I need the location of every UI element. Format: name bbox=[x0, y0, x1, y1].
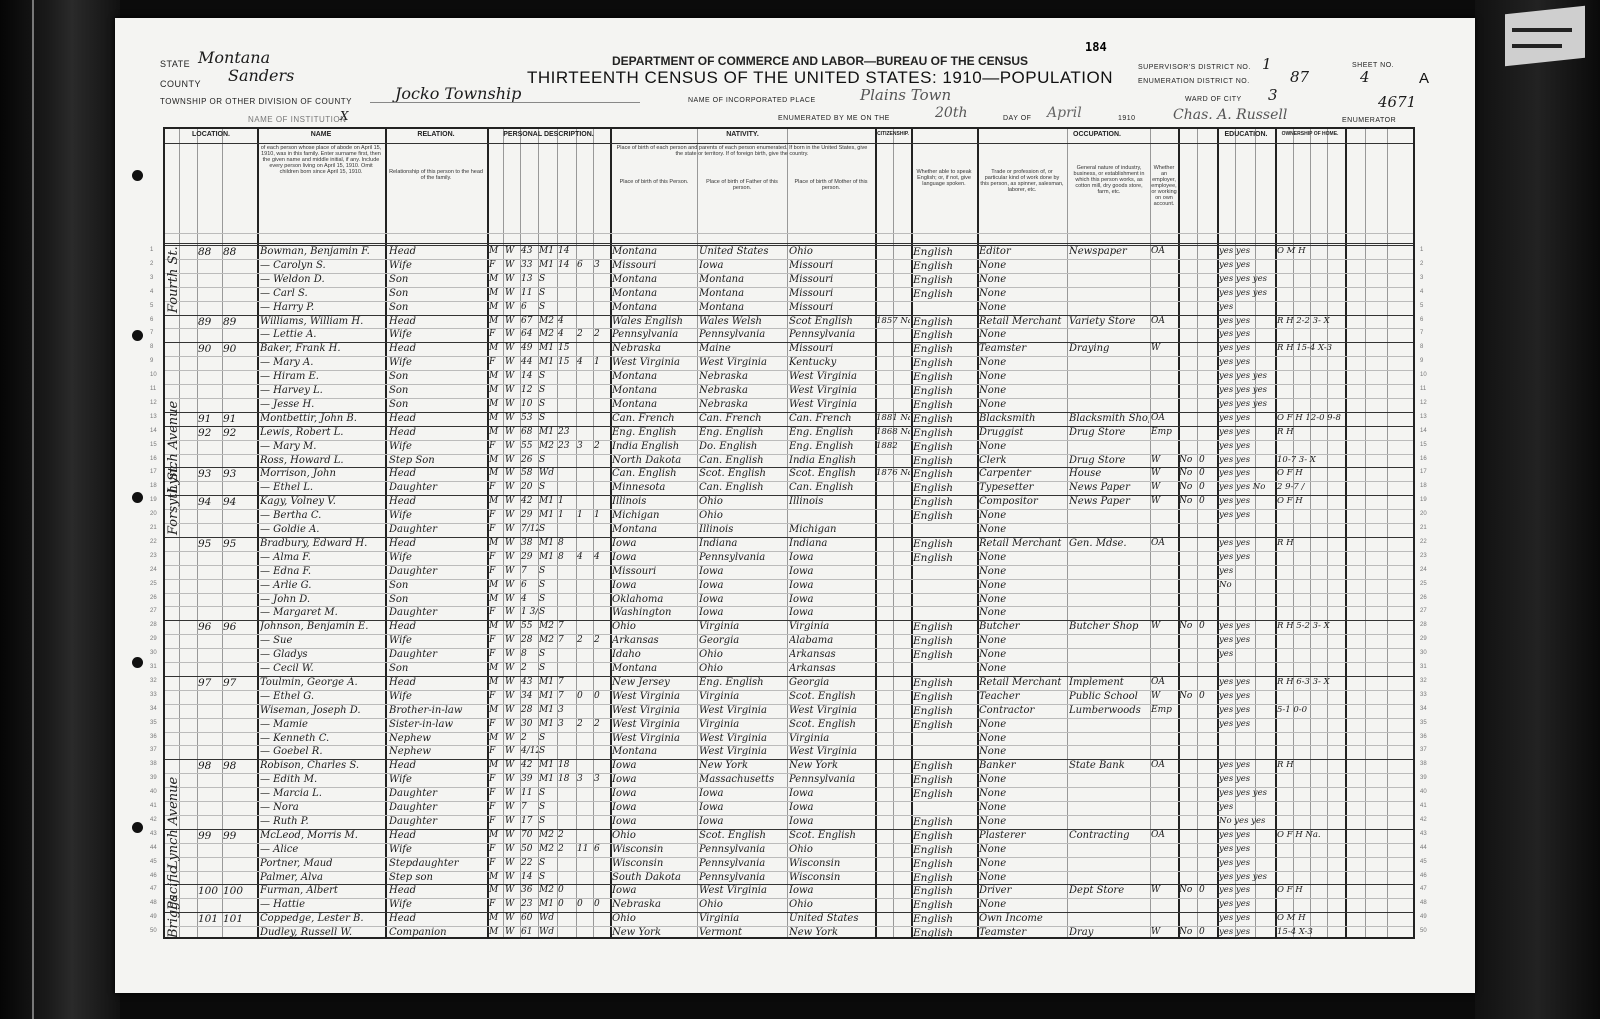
sheet-value: 4 bbox=[1360, 68, 1370, 86]
line-number: 24 bbox=[1420, 567, 1427, 573]
cell-lang: English bbox=[913, 246, 975, 258]
cell-edu: yes yes bbox=[1219, 246, 1275, 256]
cell-occ: Teacher bbox=[979, 691, 1065, 702]
cell-edu: yes yes bbox=[1219, 774, 1275, 784]
cell-lang: English bbox=[913, 399, 975, 411]
cell-fam: 95 bbox=[223, 538, 255, 550]
cell-occ: None bbox=[979, 524, 1065, 535]
cell-fbp: Scot. English bbox=[699, 468, 785, 479]
cell-occ: Banker bbox=[979, 760, 1065, 771]
line-number: 50 bbox=[150, 928, 157, 934]
cell-lang: English bbox=[913, 885, 975, 897]
cell-own: O F H 12-0 9-8 bbox=[1277, 413, 1411, 423]
cell-living: 2 bbox=[594, 719, 609, 729]
cell-race: W bbox=[505, 913, 520, 923]
cell-emp: OA bbox=[1151, 316, 1177, 326]
cell-race: W bbox=[505, 496, 520, 506]
cell-occ: None bbox=[979, 649, 1065, 660]
cell-fbp: Virginia bbox=[699, 621, 785, 632]
cell-rel: Wife bbox=[389, 357, 485, 368]
cell-occ: Teamster bbox=[979, 343, 1065, 354]
cell-lang: English bbox=[913, 427, 975, 439]
cell-sex: F bbox=[489, 691, 503, 701]
cell-mbp: Iowa bbox=[789, 594, 873, 605]
page-number: 184 bbox=[1085, 40, 1107, 54]
line-number: 48 bbox=[150, 900, 157, 906]
cell-fam: 91 bbox=[223, 413, 255, 425]
cell-fam: 88 bbox=[223, 246, 255, 258]
cell-name: — Goldie A. bbox=[260, 524, 384, 535]
cell-bp: Montana bbox=[612, 663, 696, 674]
cell-name: — Jesse H. bbox=[260, 399, 384, 410]
cell-name: Montbettir, John B. bbox=[260, 413, 384, 424]
cell-rel: Daughter bbox=[389, 482, 485, 493]
cell-race: W bbox=[505, 649, 520, 659]
line-number: 37 bbox=[1420, 747, 1427, 753]
cell-rel: Son bbox=[389, 274, 485, 285]
cell-mar: S bbox=[539, 816, 557, 826]
cell-born: 4 bbox=[577, 552, 592, 562]
cell-name: — Cecil W. bbox=[260, 663, 384, 674]
cell-name: — Sue bbox=[260, 635, 384, 646]
state-label: State bbox=[160, 59, 190, 69]
cell-lang: English bbox=[913, 468, 975, 480]
cell-mar: S bbox=[539, 302, 557, 312]
cell-occ: None bbox=[979, 719, 1065, 730]
cell-name: — Carolyn S. bbox=[260, 260, 384, 271]
cell-age: 33 bbox=[521, 260, 538, 270]
cell-lang: English bbox=[913, 788, 975, 800]
group-name: NAME bbox=[257, 131, 385, 138]
cell-wks: 0 bbox=[1199, 927, 1216, 937]
cell-living: 3 bbox=[594, 260, 609, 270]
cell-bp: West Virginia bbox=[612, 357, 696, 368]
cell-race: W bbox=[505, 329, 520, 339]
cell-race: W bbox=[505, 677, 520, 687]
cell-occ: Clerk bbox=[979, 455, 1065, 466]
group-occupation: OCCUPATION. bbox=[977, 131, 1217, 138]
cell-lang: English bbox=[913, 719, 975, 731]
cell-own: 2 9-7 / bbox=[1277, 482, 1411, 492]
cell-name: Toulmin, George A. bbox=[260, 677, 384, 688]
cell-edu: yes bbox=[1219, 566, 1275, 576]
cell-race: W bbox=[505, 524, 520, 534]
line-number: 44 bbox=[150, 845, 157, 851]
cell-race: W bbox=[505, 468, 520, 478]
line-number: 14 bbox=[1420, 428, 1427, 434]
line-number: 6 bbox=[1420, 317, 1423, 323]
cell-mbp: Indiana bbox=[789, 538, 873, 549]
cell-name: — Mamie bbox=[260, 719, 384, 730]
cell-fbp: Pennsylvania bbox=[699, 552, 785, 563]
cell-name: Kagy, Volney V. bbox=[260, 496, 384, 507]
cell-dw: 89 bbox=[198, 316, 222, 328]
cell-bp: Ohio bbox=[612, 830, 696, 841]
cell-edu: yes yes bbox=[1219, 441, 1275, 451]
cell-sex: M bbox=[489, 580, 503, 590]
cell-own: O F H bbox=[1277, 496, 1411, 506]
cell-emp: OA bbox=[1151, 246, 1177, 256]
cell-occ: None bbox=[979, 802, 1065, 813]
cell-race: W bbox=[505, 427, 520, 437]
cell-wks: 0 bbox=[1199, 691, 1216, 701]
cell-dw: 97 bbox=[198, 677, 222, 689]
cell-name: Bradbury, Edward H. bbox=[260, 538, 384, 549]
line-number: 38 bbox=[1420, 761, 1427, 767]
cell-sex: F bbox=[489, 260, 503, 270]
cell-race: W bbox=[505, 858, 520, 868]
line-number: 18 bbox=[1420, 483, 1427, 489]
cell-mbp: Michigan bbox=[789, 524, 873, 535]
cell-age: 30 bbox=[521, 719, 538, 729]
cell-mar: M1 bbox=[539, 705, 557, 715]
cell-mbp: Iowa bbox=[789, 802, 873, 813]
cell-mbp: Arkansas bbox=[789, 663, 873, 674]
cell-mar: M2 bbox=[539, 329, 557, 339]
cell-emp: OA bbox=[1151, 413, 1177, 423]
cell-rel: Head bbox=[389, 496, 485, 507]
cell-edu: yes yes bbox=[1219, 677, 1275, 687]
cell-fbp: Montana bbox=[699, 288, 785, 299]
cell-lang: English bbox=[913, 510, 975, 522]
cell-name: Baker, Frank H. bbox=[260, 343, 384, 354]
cell-mbp: Scot English bbox=[789, 316, 873, 327]
cell-sex: M bbox=[489, 274, 503, 284]
line-number: 29 bbox=[1420, 636, 1427, 642]
cell-race: W bbox=[505, 594, 520, 604]
cell-edu: yes yes bbox=[1219, 316, 1275, 326]
cell-mbp: Iowa bbox=[789, 580, 873, 591]
incorporated-place-value: Plains Town bbox=[860, 86, 951, 104]
cell-name: — Marcia L. bbox=[260, 788, 384, 799]
cell-race: W bbox=[505, 691, 520, 701]
cell-occ: None bbox=[979, 607, 1065, 618]
cell-mar: S bbox=[539, 858, 557, 868]
cell-wks: 0 bbox=[1199, 468, 1216, 478]
line-number: 41 bbox=[150, 803, 157, 809]
cell-emp: W bbox=[1151, 343, 1177, 353]
cell-age: 60 bbox=[521, 913, 538, 923]
cell-yrs: 15 bbox=[558, 343, 575, 353]
group-relation: RELATION. bbox=[385, 131, 487, 138]
cell-race: W bbox=[505, 566, 520, 576]
cell-edu: yes yes bbox=[1219, 468, 1275, 478]
cell-lang: English bbox=[913, 677, 975, 689]
cell-mar: S bbox=[539, 746, 557, 756]
cell-rel: Wife bbox=[389, 635, 485, 646]
line-number: 28 bbox=[1420, 622, 1427, 628]
cell-sex: M bbox=[489, 538, 503, 548]
cell-occ: Retail Merchant bbox=[979, 316, 1065, 327]
cell-race: W bbox=[505, 788, 520, 798]
cell-mar: M1 bbox=[539, 552, 557, 562]
cell-fbp: Wales Welsh bbox=[699, 316, 785, 327]
cell-living: 0 bbox=[594, 899, 609, 909]
cell-emp: OA bbox=[1151, 677, 1177, 687]
line-number: 24 bbox=[150, 567, 157, 573]
cell-lang: English bbox=[913, 274, 975, 286]
cell-mar: S bbox=[539, 455, 557, 465]
cell-bp: West Virginia bbox=[612, 733, 696, 744]
birth-person-header: Place of birth of this Person. bbox=[613, 179, 695, 185]
cell-own: O M H bbox=[1277, 913, 1411, 923]
cell-occ: None bbox=[979, 858, 1065, 869]
cell-sex: M bbox=[489, 913, 503, 923]
cell-mar: S bbox=[539, 788, 557, 798]
state-value: Montana bbox=[198, 48, 270, 67]
cell-sex: M bbox=[489, 621, 503, 631]
cell-race: W bbox=[505, 663, 520, 673]
cell-race: W bbox=[505, 413, 520, 423]
line-number: 26 bbox=[1420, 595, 1427, 601]
cell-occ: None bbox=[979, 552, 1065, 563]
cell-occ: Own Income bbox=[979, 913, 1065, 924]
cell-mar: Wd bbox=[539, 468, 557, 478]
cell-born: 3 bbox=[577, 774, 592, 784]
cell-fam: 98 bbox=[223, 760, 255, 772]
cell-rel: Daughter bbox=[389, 788, 485, 799]
cell-edu: yes yes bbox=[1219, 830, 1275, 840]
cell-sex: F bbox=[489, 844, 503, 854]
line-number: 9 bbox=[1420, 358, 1423, 364]
cell-ind: Gen. Mdse. bbox=[1069, 538, 1149, 549]
cell-name: Wiseman, Joseph D. bbox=[260, 705, 384, 716]
cell-name: — Bertha C. bbox=[260, 510, 384, 521]
cell-name: — Alice bbox=[260, 844, 384, 855]
nativity-description: Place of birth of each person and parent… bbox=[613, 145, 871, 157]
cell-sex: M bbox=[489, 385, 503, 395]
cell-yrs: 7 bbox=[558, 635, 575, 645]
cell-mbp: West Virginia bbox=[789, 371, 873, 382]
cell-emp: W bbox=[1151, 885, 1177, 895]
cell-wks: 0 bbox=[1199, 885, 1216, 895]
cell-lang: English bbox=[913, 455, 975, 467]
cell-edu: yes yes yes bbox=[1219, 371, 1275, 381]
cell-bp: Montana bbox=[612, 288, 696, 299]
cell-fbp: Pennsylvania bbox=[699, 858, 785, 869]
cell-edu: yes yes bbox=[1219, 538, 1275, 548]
cell-age: 23 bbox=[521, 899, 538, 909]
cell-mbp: Virginia bbox=[789, 733, 873, 744]
line-number: 25 bbox=[150, 581, 157, 587]
line-number: 22 bbox=[1420, 539, 1427, 545]
cell-age: 11 bbox=[521, 288, 538, 298]
cell-edu: yes yes bbox=[1219, 760, 1275, 770]
cell-race: W bbox=[505, 580, 520, 590]
cell-age: 43 bbox=[521, 677, 538, 687]
line-number: 19 bbox=[150, 497, 157, 503]
cell-mbp: Iowa bbox=[789, 607, 873, 618]
cell-ind: Newspaper bbox=[1069, 246, 1149, 257]
cell-sex: F bbox=[489, 482, 503, 492]
enumerated-day: 20th bbox=[935, 105, 967, 121]
cell-race: W bbox=[505, 872, 520, 882]
cell-own: 10-7 3- X bbox=[1277, 455, 1411, 465]
cell-name: — Edith M. bbox=[260, 774, 384, 785]
cell-age: 53 bbox=[521, 413, 538, 423]
cell-occ: None bbox=[979, 663, 1065, 674]
cell-edu: yes yes bbox=[1219, 858, 1275, 868]
cell-occ: None bbox=[979, 844, 1065, 855]
cell-edu: yes yes bbox=[1219, 357, 1275, 367]
cell-race: W bbox=[505, 719, 520, 729]
cell-race: W bbox=[505, 816, 520, 826]
line-number: 27 bbox=[150, 608, 157, 614]
cell-fbp: Pennsylvania bbox=[699, 844, 785, 855]
cell-dw: 92 bbox=[198, 427, 222, 439]
cell-mbp: New York bbox=[789, 760, 873, 771]
line-number: 28 bbox=[150, 622, 157, 628]
cell-bp: Iowa bbox=[612, 760, 696, 771]
cell-name: Morrison, John bbox=[260, 468, 384, 479]
cell-sex: M bbox=[489, 677, 503, 687]
cell-name: — Gladys bbox=[260, 649, 384, 660]
cell-dw: 93 bbox=[198, 468, 222, 480]
line-number: 47 bbox=[1420, 886, 1427, 892]
cell-name: — Alma F. bbox=[260, 552, 384, 563]
cell-edu: yes yes bbox=[1219, 510, 1275, 520]
cell-fbp: Iowa bbox=[699, 816, 785, 827]
cell-bp: Wales English bbox=[612, 316, 696, 327]
cell-sex: F bbox=[489, 510, 503, 520]
line-number: 11 bbox=[150, 386, 156, 392]
cell-lang: English bbox=[913, 927, 975, 939]
line-number: 39 bbox=[1420, 775, 1427, 781]
cell-occ: Contractor bbox=[979, 705, 1065, 716]
cell-dw: 90 bbox=[198, 343, 222, 355]
cell-sex: F bbox=[489, 441, 503, 451]
day-of-label: day of bbox=[1003, 115, 1031, 122]
cell-mar: M1 bbox=[539, 246, 557, 256]
cell-bp: Ohio bbox=[612, 621, 696, 632]
institution-label: Name of institution bbox=[248, 115, 346, 124]
cell-mbp: Eng. English bbox=[789, 441, 873, 452]
cell-sex: F bbox=[489, 899, 503, 909]
cell-age: 4 bbox=[521, 594, 538, 604]
cell-mbp: Missouri bbox=[789, 260, 873, 271]
cell-race: W bbox=[505, 746, 520, 756]
cell-fbp: Virginia bbox=[699, 913, 785, 924]
cell-mar: M1 bbox=[539, 343, 557, 353]
cell-occ: None bbox=[979, 510, 1065, 521]
cell-mbp: Ohio bbox=[789, 844, 873, 855]
cell-fbp: Iowa bbox=[699, 607, 785, 618]
cell-lang: English bbox=[913, 899, 975, 911]
line-number: 8 bbox=[150, 344, 153, 350]
line-number: 40 bbox=[1420, 789, 1427, 795]
cell-living: 4 bbox=[594, 552, 609, 562]
year: 1910 bbox=[1118, 115, 1136, 122]
ward-value: 3 bbox=[1268, 86, 1278, 104]
cell-age: 4/12 bbox=[521, 746, 538, 756]
cell-race: W bbox=[505, 899, 520, 909]
cell-occ: Driver bbox=[979, 885, 1065, 896]
cell-race: W bbox=[505, 260, 520, 270]
cell-ind: News Paper bbox=[1069, 496, 1149, 507]
line-number: 18 bbox=[150, 483, 157, 489]
cell-sex: M bbox=[489, 872, 503, 882]
cell-fbp: Iowa bbox=[699, 788, 785, 799]
cell-fbp: West Virginia bbox=[699, 733, 785, 744]
cell-dw: 88 bbox=[198, 246, 222, 258]
line-number: 19 bbox=[1420, 497, 1427, 503]
cell-yrs: 2 bbox=[558, 830, 575, 840]
cell-born: 11 bbox=[577, 844, 592, 854]
cell-edu: yes yes No bbox=[1219, 482, 1275, 492]
cell-mar: S bbox=[539, 482, 557, 492]
census-title: THIRTEENTH CENSUS OF THE UNITED STATES: … bbox=[470, 68, 1170, 88]
cell-bp: Idaho bbox=[612, 649, 696, 660]
paper-tab bbox=[1505, 6, 1585, 66]
cell-yrs: 2 bbox=[558, 844, 575, 854]
cell-ind: Blacksmith Shop bbox=[1069, 413, 1149, 424]
cell-ind: Dept Store bbox=[1069, 885, 1149, 896]
cell-rel: Wife bbox=[389, 510, 485, 521]
line-number: 31 bbox=[1420, 664, 1427, 670]
cell-edu: yes yes bbox=[1219, 705, 1275, 715]
microfilm-border-right bbox=[1475, 0, 1600, 1019]
cell-name: — Margaret M. bbox=[260, 607, 384, 618]
cell-fbp: United States bbox=[699, 246, 785, 257]
cell-mbp: Missouri bbox=[789, 274, 873, 285]
line-number: 7 bbox=[1420, 330, 1423, 336]
cell-living: 1 bbox=[594, 510, 609, 520]
cell-sex: F bbox=[489, 719, 503, 729]
cell-age: 29 bbox=[521, 552, 538, 562]
cell-lang: English bbox=[913, 913, 975, 925]
cell-fbp: Virginia bbox=[699, 719, 785, 730]
birth-father-header: Place of birth of Father of this person. bbox=[700, 179, 784, 191]
cell-yrs: 0 bbox=[558, 899, 575, 909]
cell-sex: M bbox=[489, 496, 503, 506]
cell-fbp: Can. English bbox=[699, 455, 785, 466]
cell-yrs: 18 bbox=[558, 760, 575, 770]
cell-fbp: Iowa bbox=[699, 802, 785, 813]
line-number: 9 bbox=[150, 358, 153, 364]
cell-yrs: 4 bbox=[558, 329, 575, 339]
cell-bp: Iowa bbox=[612, 802, 696, 813]
cell-race: W bbox=[505, 885, 520, 895]
cell-mbp: New York bbox=[789, 927, 873, 938]
cell-race: W bbox=[505, 399, 520, 409]
line-number: 50 bbox=[1420, 928, 1427, 934]
cell-bp: West Virginia bbox=[612, 719, 696, 730]
cell-age: 8 bbox=[521, 649, 538, 659]
cell-imm: 1881 Na bbox=[876, 413, 910, 423]
cell-race: W bbox=[505, 802, 520, 812]
cell-lang: English bbox=[913, 329, 975, 341]
cell-lang: English bbox=[913, 760, 975, 772]
cell-name: — Goebel R. bbox=[260, 746, 384, 757]
cell-mar: S bbox=[539, 566, 557, 576]
cell-rel: Sister-in-law bbox=[389, 719, 485, 730]
enumerated-month: April bbox=[1047, 105, 1082, 121]
cell-born: 2 bbox=[577, 719, 592, 729]
cell-rel: Head bbox=[389, 413, 485, 424]
cell-dw: 100 bbox=[198, 885, 222, 897]
cell-edu: yes yes bbox=[1219, 552, 1275, 562]
cell-mar: M2 bbox=[539, 621, 557, 631]
cell-sex: M bbox=[489, 927, 503, 937]
line-number: 3 bbox=[150, 275, 153, 281]
cell-oow: No bbox=[1179, 468, 1197, 478]
cell-name: Robison, Charles S. bbox=[260, 760, 384, 771]
cell-born: 0 bbox=[577, 691, 592, 701]
cell-own: 5-1 0-0 bbox=[1277, 705, 1411, 715]
cell-rel: Head bbox=[389, 913, 485, 924]
line-number: 43 bbox=[1420, 831, 1427, 837]
cell-rel: Head bbox=[389, 246, 485, 257]
